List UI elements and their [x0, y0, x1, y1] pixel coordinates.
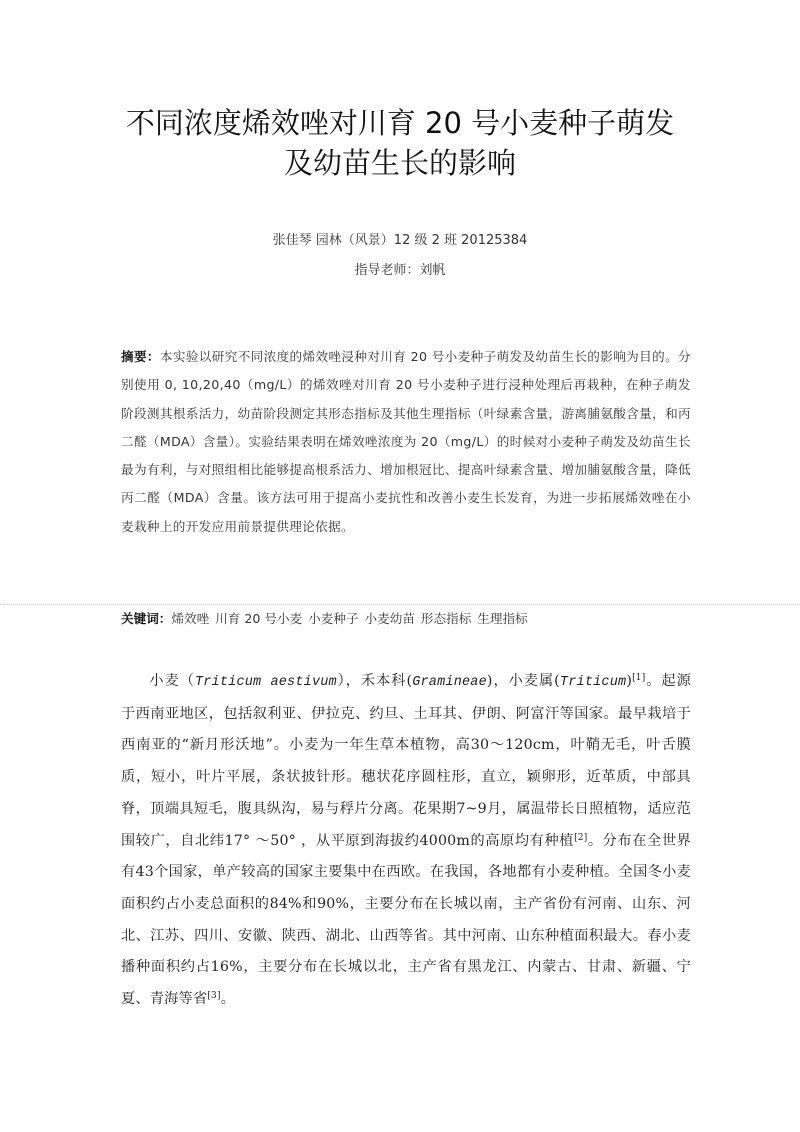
body-paragraph: 小麦（Triticum aestivum），禾本科(Gramineae)，小麦属…: [121, 666, 691, 1016]
text-run: 。: [221, 991, 235, 1007]
citation-ref: [3]: [207, 991, 220, 1001]
document-page: 不同浓度烯效唑对川育 20 号小麦种子萌发 及幼苗生长的影响 张佳琴 园林（风景…: [0, 0, 800, 1132]
keyword: 生理指标: [477, 611, 527, 626]
abstract: 摘要：本实验以研究不同浓度的烯效唑浸种对川育 20 号小麦种子萌发及幼苗生长的影…: [121, 343, 691, 541]
keywords: 关键词：烯效唑川育 20 号小麦小麦种子小麦幼苗形态指标生理指标: [121, 609, 691, 629]
keyword: 烯效唑: [171, 611, 209, 626]
citation-ref: [1]: [632, 673, 645, 683]
citation-ref: [2]: [574, 833, 587, 843]
keyword: 形态指标: [421, 611, 471, 626]
advisor-line: 指导老师：刘帆: [100, 259, 700, 278]
text-run: )，小麦属(: [487, 673, 560, 689]
text-run: ），禾本科(: [337, 673, 412, 689]
divider: [0, 604, 800, 605]
keyword: 小麦种子: [308, 611, 358, 626]
paper-title-line-2: 及幼苗生长的影响: [100, 142, 700, 184]
keyword: 小麦幼苗: [365, 611, 415, 626]
latin-name: Triticum aestivum: [195, 675, 337, 690]
text-run: 。起源于西南亚地区，包括叙利亚、伊拉克、约旦、土耳其、伊朗、阿富汗等国家。最早栽…: [121, 673, 691, 849]
keyword: 川育 20 号小麦: [215, 611, 302, 626]
keywords-label: 关键词：: [121, 611, 171, 626]
text-run: 小麦（: [149, 673, 195, 689]
author-line: 张佳琴 园林（风景）12 级 2 班 20125384: [100, 229, 700, 248]
latin-name: Gramineae: [412, 675, 487, 690]
paper-title-line-1: 不同浓度烯效唑对川育 20 号小麦种子萌发: [100, 102, 700, 144]
text-run: 。分布在全世界有43个国家，单产较高的国家主要集中在西欧。在我国，各地都有小麦种…: [121, 833, 691, 1008]
latin-name: Triticum: [560, 675, 626, 690]
abstract-label: 摘要：: [121, 349, 160, 364]
abstract-text: 本实验以研究不同浓度的烯效唑浸种对川育 20 号小麦种子萌发及幼苗生长的影响为目…: [121, 349, 691, 534]
